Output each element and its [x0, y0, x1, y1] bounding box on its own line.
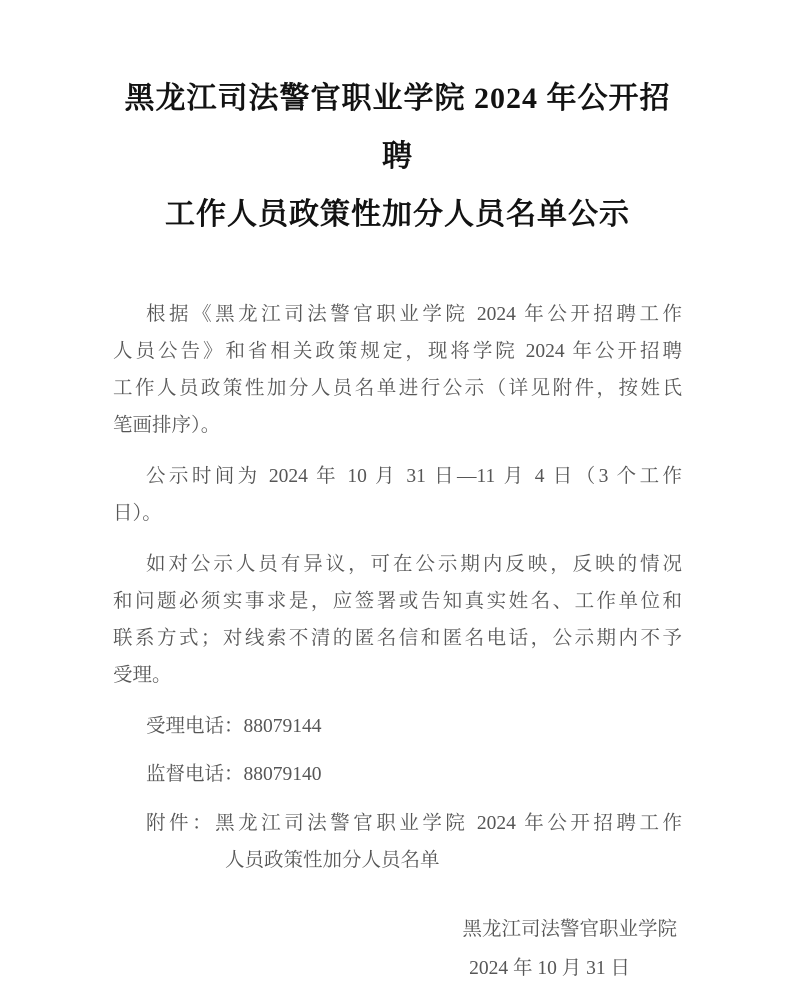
paragraph-line: 受理。: [113, 657, 682, 694]
signature-organization: 黑龙江司法警官职业学院: [113, 911, 682, 948]
attachment-line-2: 人员政策性加分人员名单: [225, 842, 682, 879]
document-title: 黑龙江司法警官职业学院 2024 年公开招聘 工作人员政策性加分人员名单公示: [113, 70, 682, 244]
paragraph-line: 公示时间为 2024 年 10 月 31 日—11 月 4 日（3 个工作: [113, 458, 682, 495]
paragraph-line: 工作人员政策性加分人员名单进行公示（详见附件，按姓氏: [113, 370, 682, 407]
attachment-line-1: 附件：黑龙江司法警官职业学院 2024 年公开招聘工作: [113, 805, 682, 842]
attachment-reference: 附件：黑龙江司法警官职业学院 2024 年公开招聘工作 人员政策性加分人员名单: [113, 805, 682, 879]
paragraph-line: 和问题必须实事求是，应签署或告知真实姓名、工作单位和: [113, 583, 682, 620]
paragraph-line: 如对公示人员有异议，可在公示期内反映，反映的情况: [113, 546, 682, 583]
title-line-2: 工作人员政策性加分人员名单公示: [113, 186, 682, 244]
document-page: 黑龙江司法警官职业学院 2024 年公开招聘 工作人员政策性加分人员名单公示 根…: [0, 0, 793, 1002]
paragraph-line: 日）。: [113, 495, 682, 532]
signature-date: 2024 年 10 月 31 日: [113, 948, 682, 990]
paragraph-basis: 根据《黑龙江司法警官职业学院 2024 年公开招聘工作 人员公告》和省相关政策规…: [113, 296, 682, 444]
paragraph-line: 根据《黑龙江司法警官职业学院 2024 年公开招聘工作: [113, 296, 682, 333]
paragraph-line: 人员公告》和省相关政策规定，现将学院 2024 年公开招聘: [113, 333, 682, 370]
paragraph-objection-rules: 如对公示人员有异议，可在公示期内反映，反映的情况 和问题必须实事求是，应签署或告…: [113, 546, 682, 694]
paragraph-line: 笔画排序）。: [113, 407, 682, 444]
supervision-phone-line: 监督电话：88079140: [113, 756, 682, 793]
signature-block: 黑龙江司法警官职业学院 2024 年 10 月 31 日: [113, 911, 682, 990]
acceptance-phone-line: 受理电话：88079144: [113, 708, 682, 745]
title-line-1: 黑龙江司法警官职业学院 2024 年公开招聘: [113, 70, 682, 186]
document-body: 根据《黑龙江司法警官职业学院 2024 年公开招聘工作 人员公告》和省相关政策规…: [113, 296, 682, 990]
paragraph-line: 联系方式；对线索不清的匿名信和匿名电话，公示期内不予: [113, 620, 682, 657]
paragraph-publicity-period: 公示时间为 2024 年 10 月 31 日—11 月 4 日（3 个工作 日）…: [113, 458, 682, 532]
